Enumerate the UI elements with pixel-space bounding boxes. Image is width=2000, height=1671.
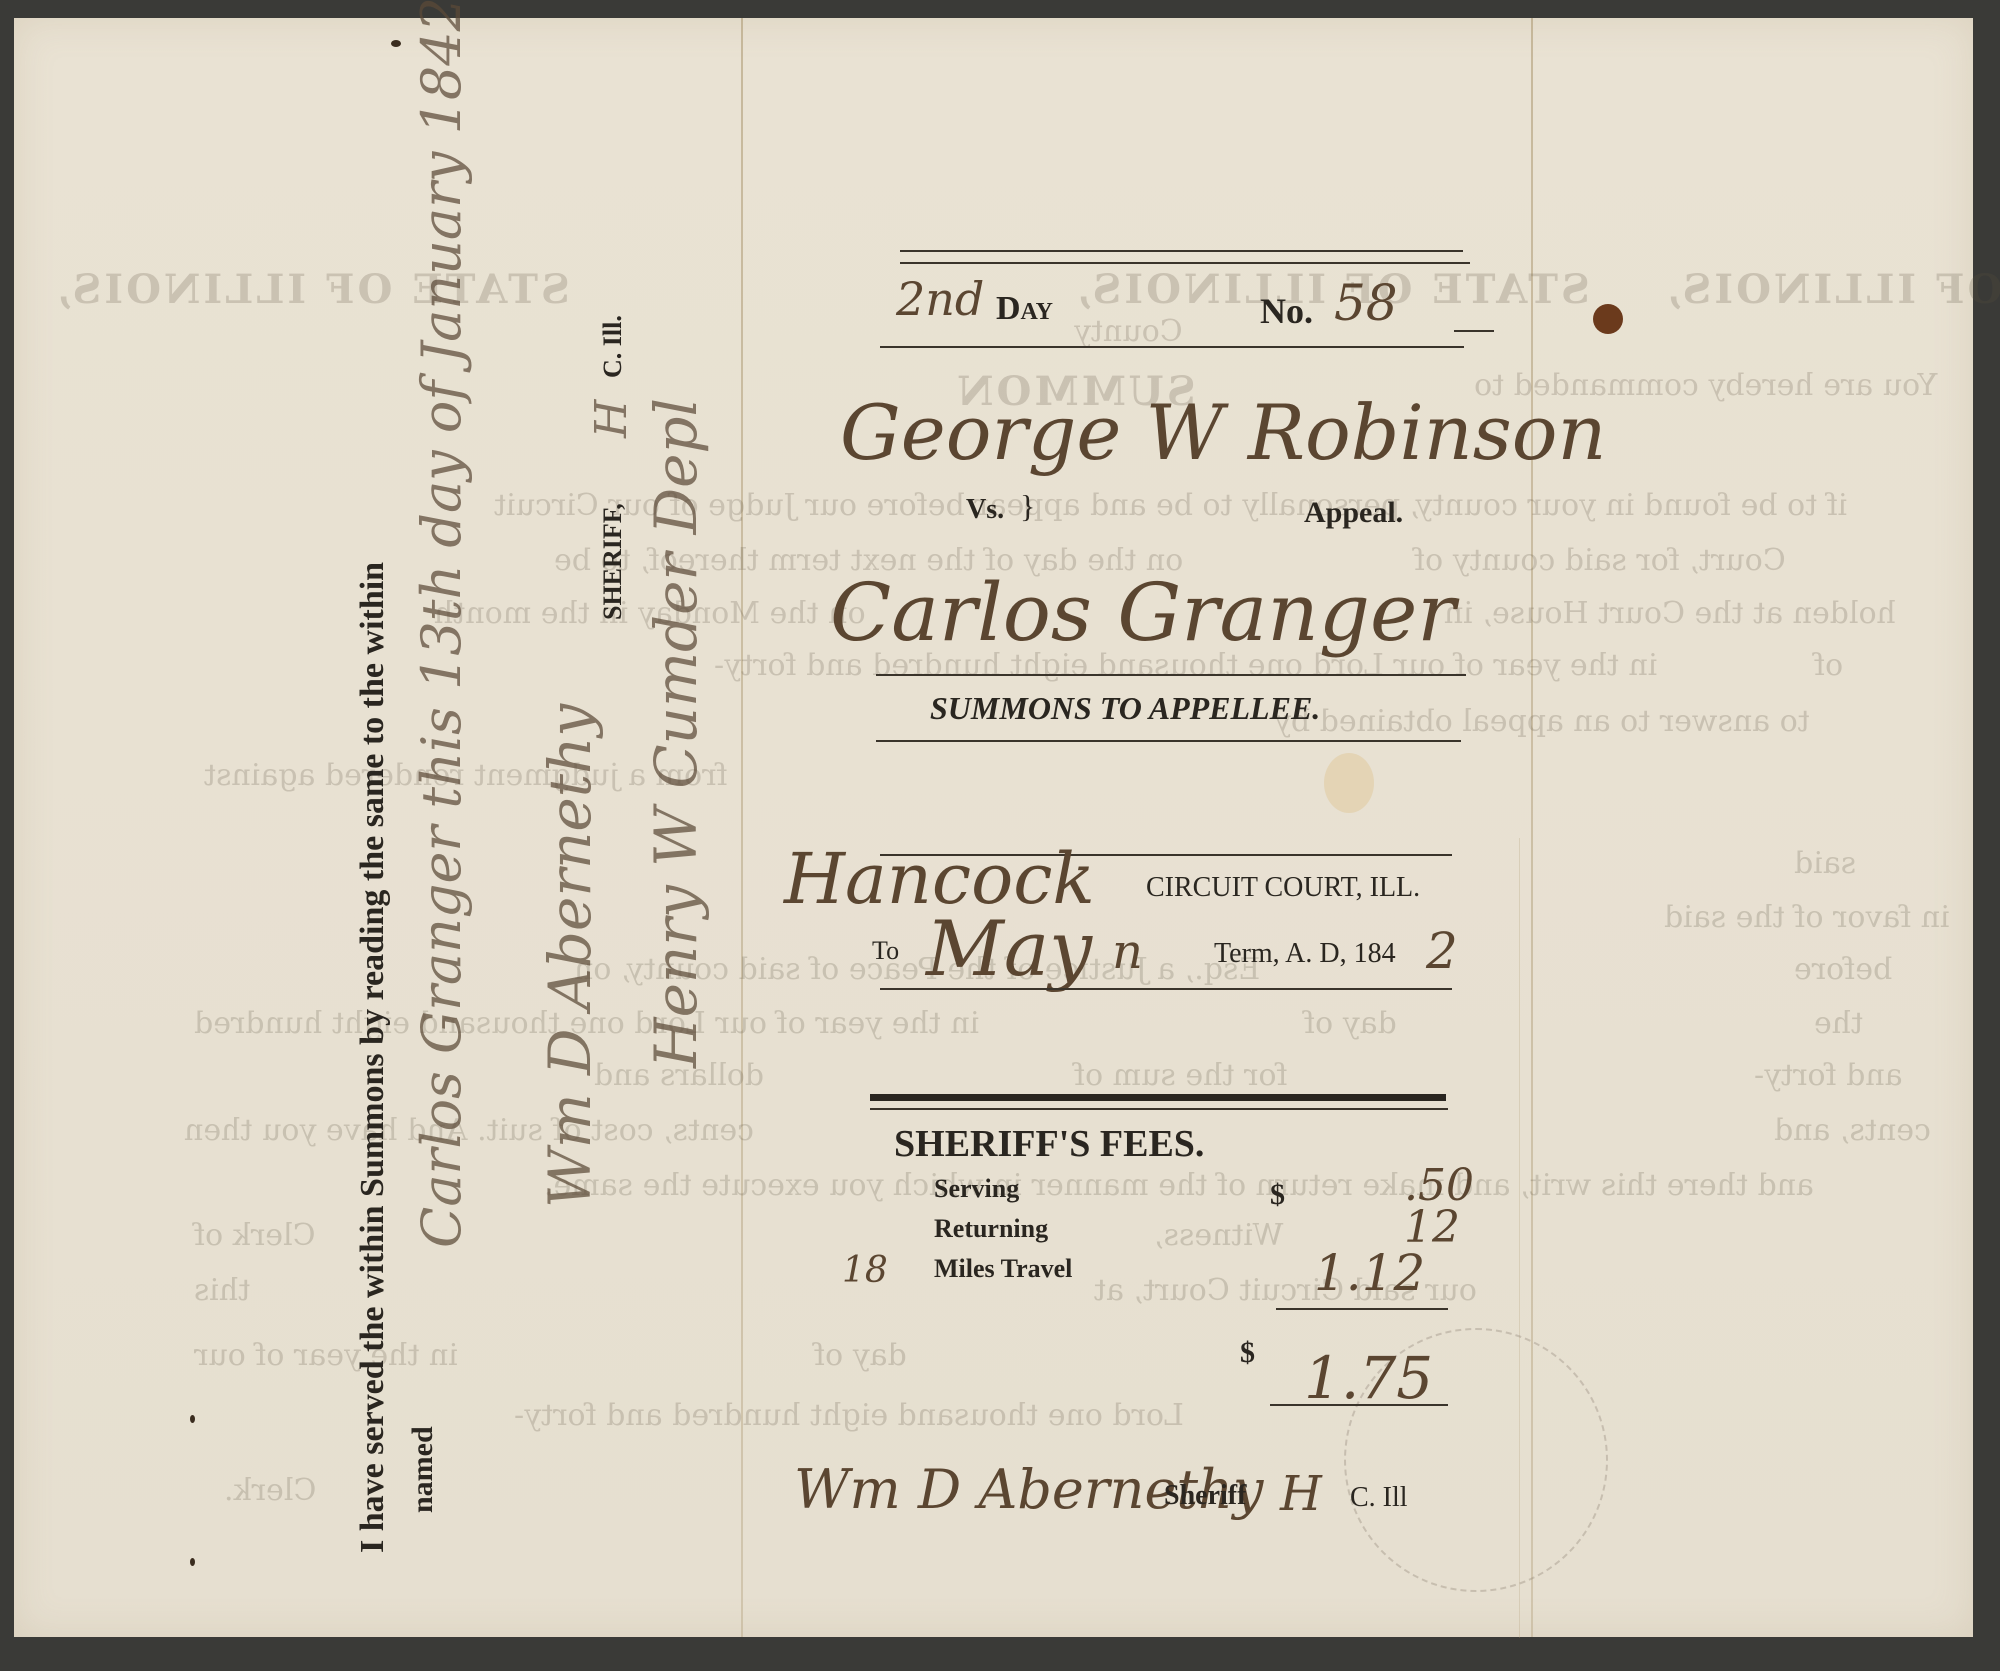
term-to-label: To — [872, 936, 899, 966]
bleed-line-answer: to answer to an appeal obtained by — [1274, 704, 1810, 739]
fee-amount-miles: 1.12 — [1314, 1244, 1425, 1302]
term-label: Term, A. D, 184 — [1214, 938, 1396, 970]
bleed-line-this: this — [194, 1273, 250, 1308]
bleed-line-before: before — [1794, 952, 1892, 987]
summons-title: SUMMONS TO APPELLEE. — [930, 690, 1320, 727]
return-sheriff-initial: H — [586, 400, 637, 438]
return-handwritten-line-1: Carlos Granger this 13th day of January … — [410, 0, 473, 1248]
brace-glyph: } — [1020, 488, 1035, 525]
bleed-state-center: STATE OF ILLINOIS, — [1074, 266, 1590, 313]
title-bottom-rule — [876, 740, 1461, 742]
fold-line-left — [741, 18, 743, 1637]
term-flourish: n — [1112, 924, 1143, 980]
total-dollar-sign: $ — [1240, 1336, 1255, 1370]
term-month-handwritten: May — [926, 904, 1092, 993]
term-year-handwritten: 2 — [1426, 922, 1458, 980]
fees-thick-rule — [870, 1094, 1446, 1101]
return-sheriff-suffix: C. Ill. — [598, 315, 628, 378]
top-rule-2 — [900, 262, 1470, 264]
ink-speck — [190, 1415, 195, 1423]
return-printed-line-1: I have served the within Summons by read… — [354, 562, 392, 1553]
fees-subtotal-rule — [1276, 1308, 1448, 1310]
document-page: STATE OF ILLINOIS, STATE OF ILLINOIS, ST… — [14, 18, 1973, 1637]
return-signature: Wm D Abernethy — [536, 704, 604, 1208]
fees-thin-rule — [870, 1108, 1448, 1110]
title-top-rule — [876, 674, 1466, 676]
ink-speck — [190, 1558, 195, 1566]
fee-label-serving: Serving — [934, 1174, 1019, 1204]
bleed-line-said: said — [1794, 846, 1856, 881]
bleed-state-of-illinois: STATE OF ILLINOIS, — [1664, 266, 2000, 313]
appellant-name: George W Robinson — [840, 388, 1606, 477]
fee-label-returning: Returning — [934, 1214, 1048, 1244]
water-stain — [1324, 753, 1374, 813]
return-sheriff-label: SHERIFF, — [598, 503, 628, 620]
fee-label-miles: Miles Travel — [934, 1254, 1072, 1284]
bleed-line-clerk: Clerk. — [224, 1473, 316, 1508]
bleed-line-dayof: day of — [1304, 1006, 1397, 1041]
bleed-state-of-2: STATE OF ILLINOIS, — [54, 266, 570, 313]
fee-total: 1.75 — [1304, 1344, 1433, 1412]
number-underline — [1454, 330, 1494, 332]
return-deputy: Henry W Cumder Depl — [642, 398, 710, 1068]
ink-speck — [391, 40, 401, 47]
versus-label: Vs. — [966, 494, 1004, 526]
term-bottom-rule — [880, 988, 1452, 990]
sheriff-county-initial: H — [1280, 1466, 1322, 1522]
bleed-line-favor: in favor of the said — [1664, 900, 1950, 935]
bleed-line-the: the — [1814, 1006, 1863, 1041]
fee-dollar-sign: $ — [1270, 1178, 1285, 1212]
bleed-county: County — [1074, 314, 1183, 349]
bleed-line-of: of — [1814, 648, 1843, 683]
day-label: Day — [996, 290, 1053, 328]
return-printed-line-2: named — [406, 1426, 440, 1513]
bleed-line-forty: and forty- — [1754, 1058, 1903, 1093]
bleed-line-dayof2: day of — [814, 1338, 907, 1373]
fees-total-rule — [1270, 1404, 1448, 1406]
bleed-line-holden: holden at the Court House, in — [1444, 596, 1896, 631]
appeal-label: Appeal. — [1304, 496, 1403, 530]
bleed-line-witness: Witness, — [1154, 1218, 1283, 1253]
day-bottom-rule — [880, 346, 1464, 348]
fees-title: SHERIFF'S FEES. — [894, 1122, 1204, 1166]
sheriff-label: Sheriff — [1164, 1480, 1246, 1512]
number-handwritten: 58 — [1334, 274, 1398, 332]
bleed-line-writ: and there this writ, and make return of … — [544, 1168, 1814, 1203]
bleed-line-lordone: Lord one thousand eight hundred and fort… — [514, 1398, 1184, 1433]
sheriff-suffix: C. Ill — [1350, 1482, 1408, 1514]
day-ordinal-handwritten: 2nd — [896, 272, 984, 326]
bleed-line-sum: for the sum of — [1074, 1058, 1288, 1093]
bleed-line-yearour: in the year of our — [194, 1338, 458, 1373]
miles-count-handwritten: 18 — [842, 1250, 888, 1291]
top-rule-1 — [900, 250, 1463, 252]
bleed-line-clerkof: Clerk of — [194, 1218, 316, 1253]
bleed-line-court: Court, for said county of — [1414, 543, 1786, 578]
ink-stain — [1593, 304, 1623, 334]
number-label: No. — [1260, 290, 1313, 332]
bleed-line-cents: cents, and — [1774, 1113, 1931, 1148]
circuit-court-label: CIRCUIT COURT, ILL. — [1146, 872, 1420, 904]
appellee-name: Carlos Granger — [830, 566, 1456, 659]
